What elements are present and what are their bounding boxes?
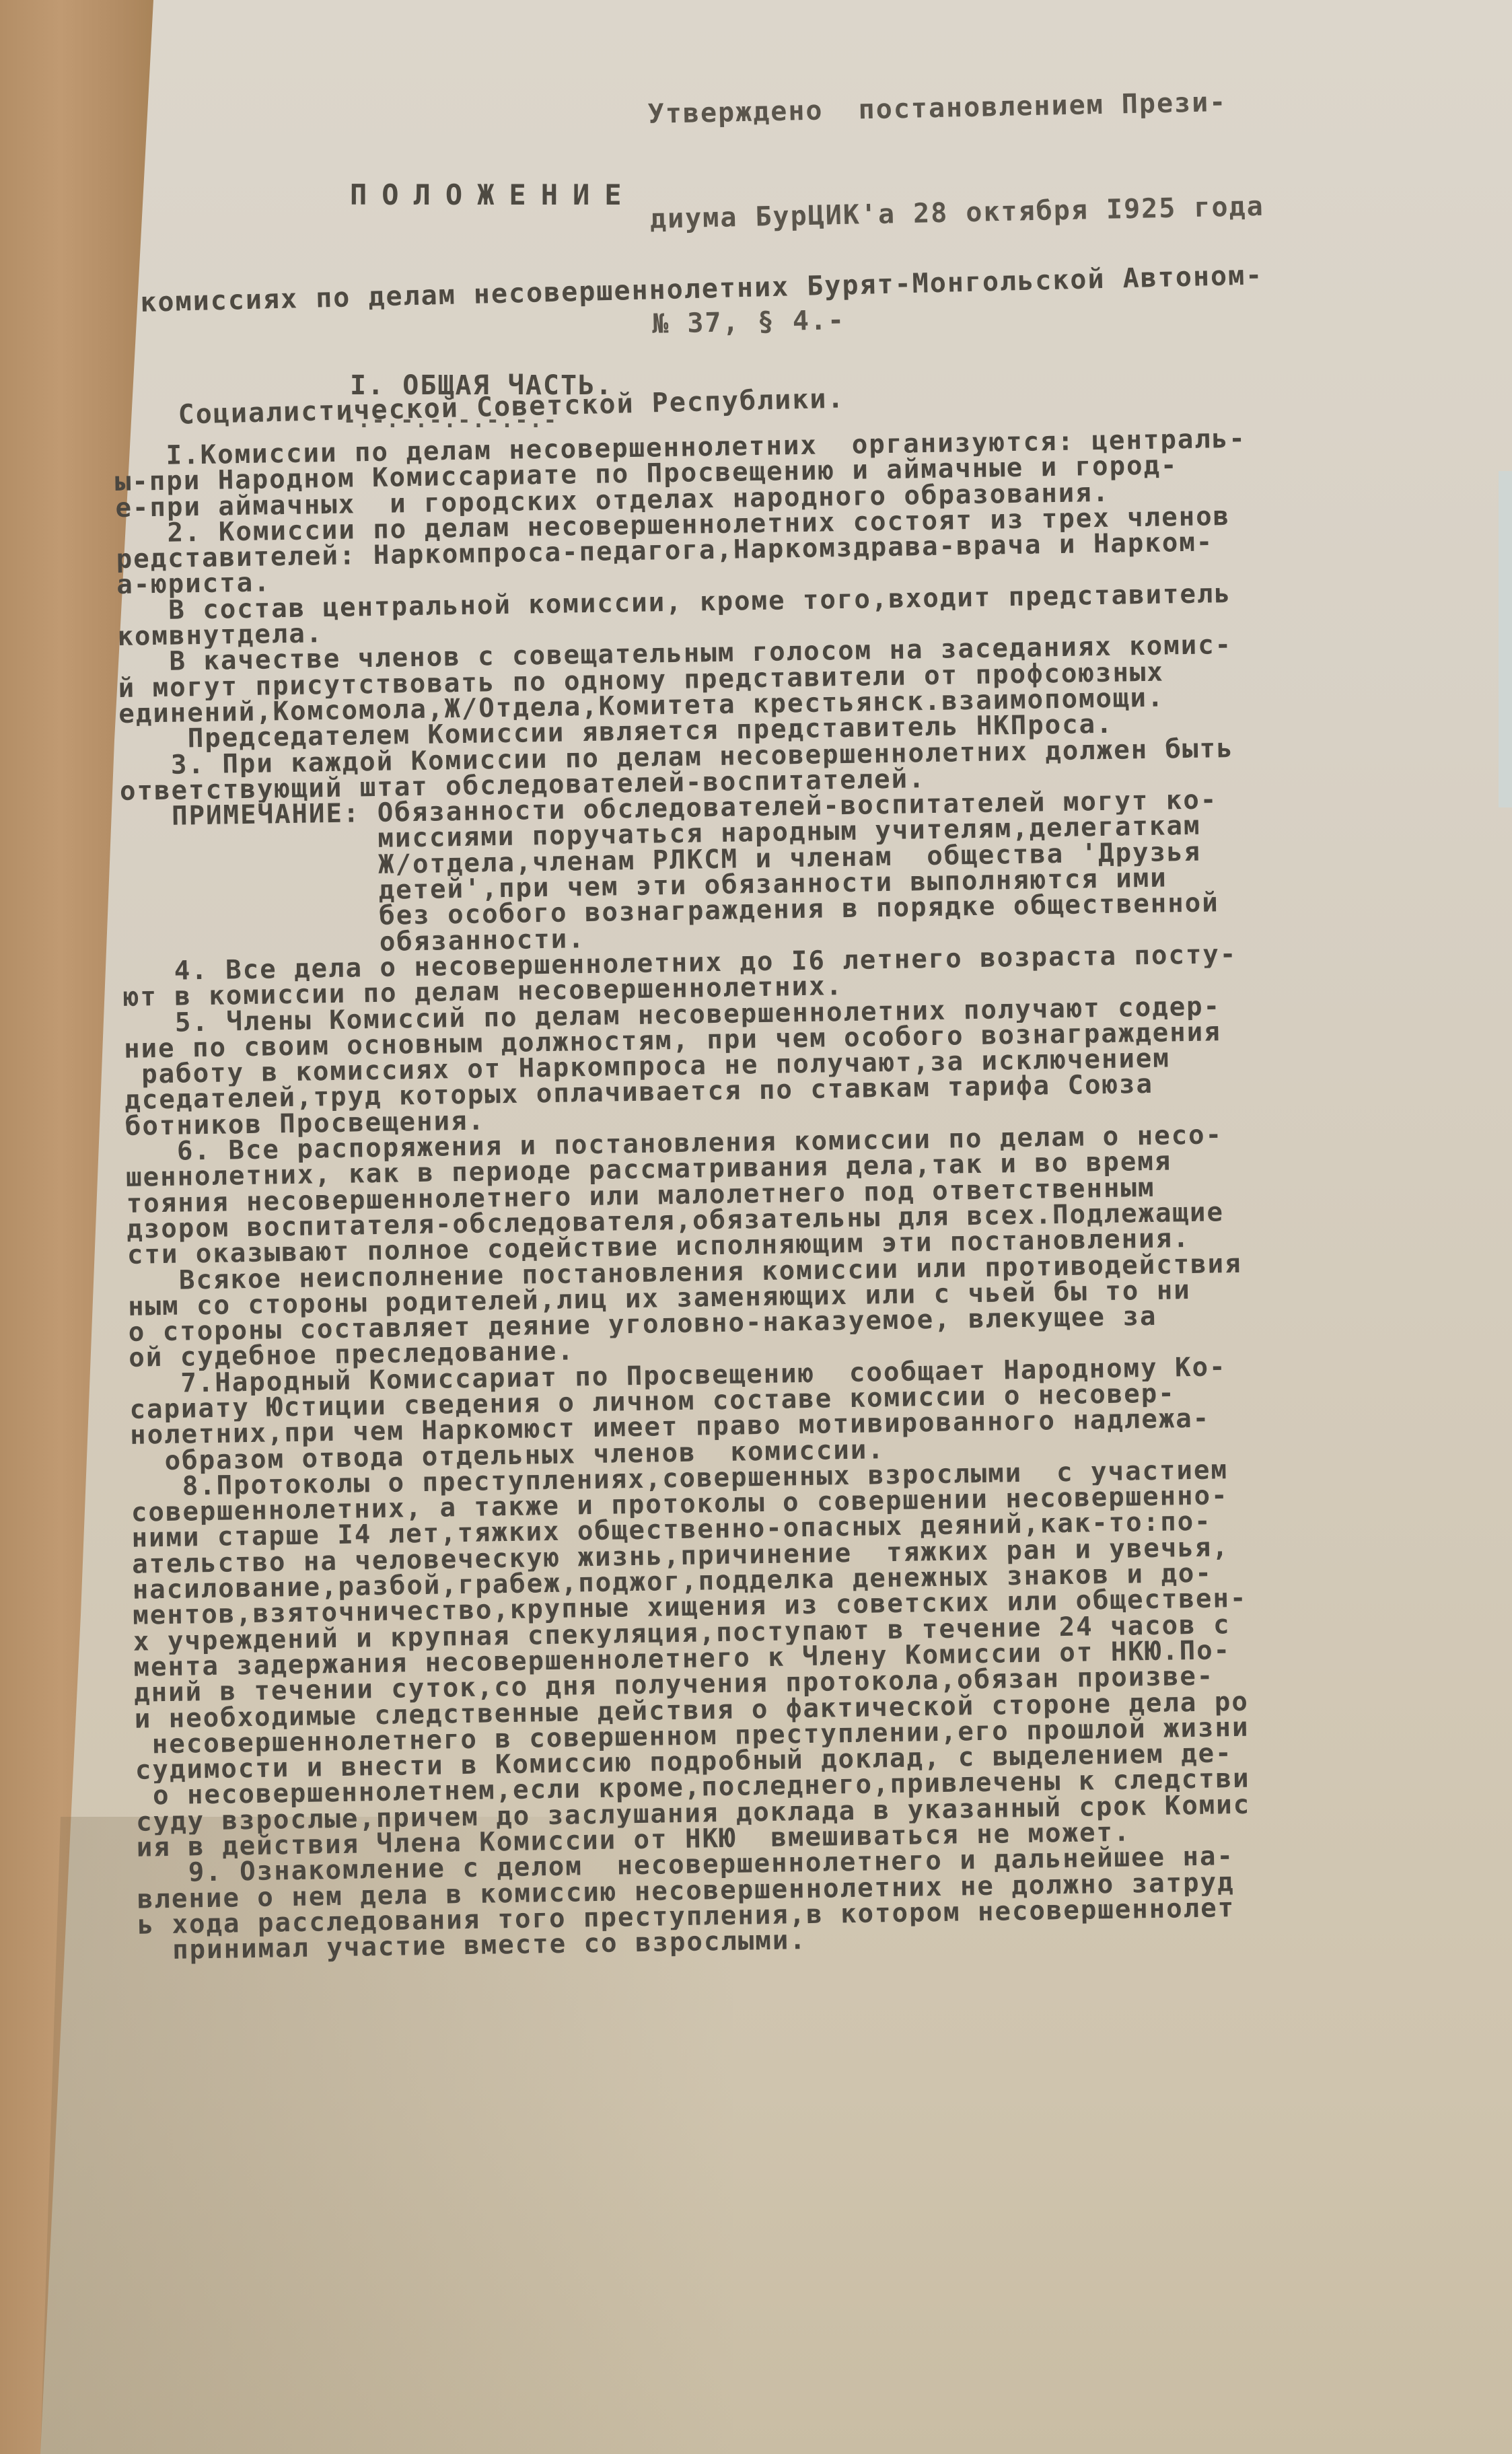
document-body: I.Комиссии по делам несовершеннолетних о… [114, 423, 1512, 2016]
subtitle-line: комиссиях по делам несовершеннолетних Бу… [140, 256, 1264, 322]
section-heading: I. ОБЩАЯ ЧАСТЬ. [350, 370, 613, 401]
section-underline: -.-.-.-.-.-.-.- [343, 407, 558, 433]
subtitle-line: Социалистической Советской Республики. [143, 369, 1266, 435]
typewritten-document: Утверждено постановлением Прези- диума Б… [0, 0, 1512, 2454]
approval-line: Утверждено постановлением Прези- [647, 84, 1262, 132]
